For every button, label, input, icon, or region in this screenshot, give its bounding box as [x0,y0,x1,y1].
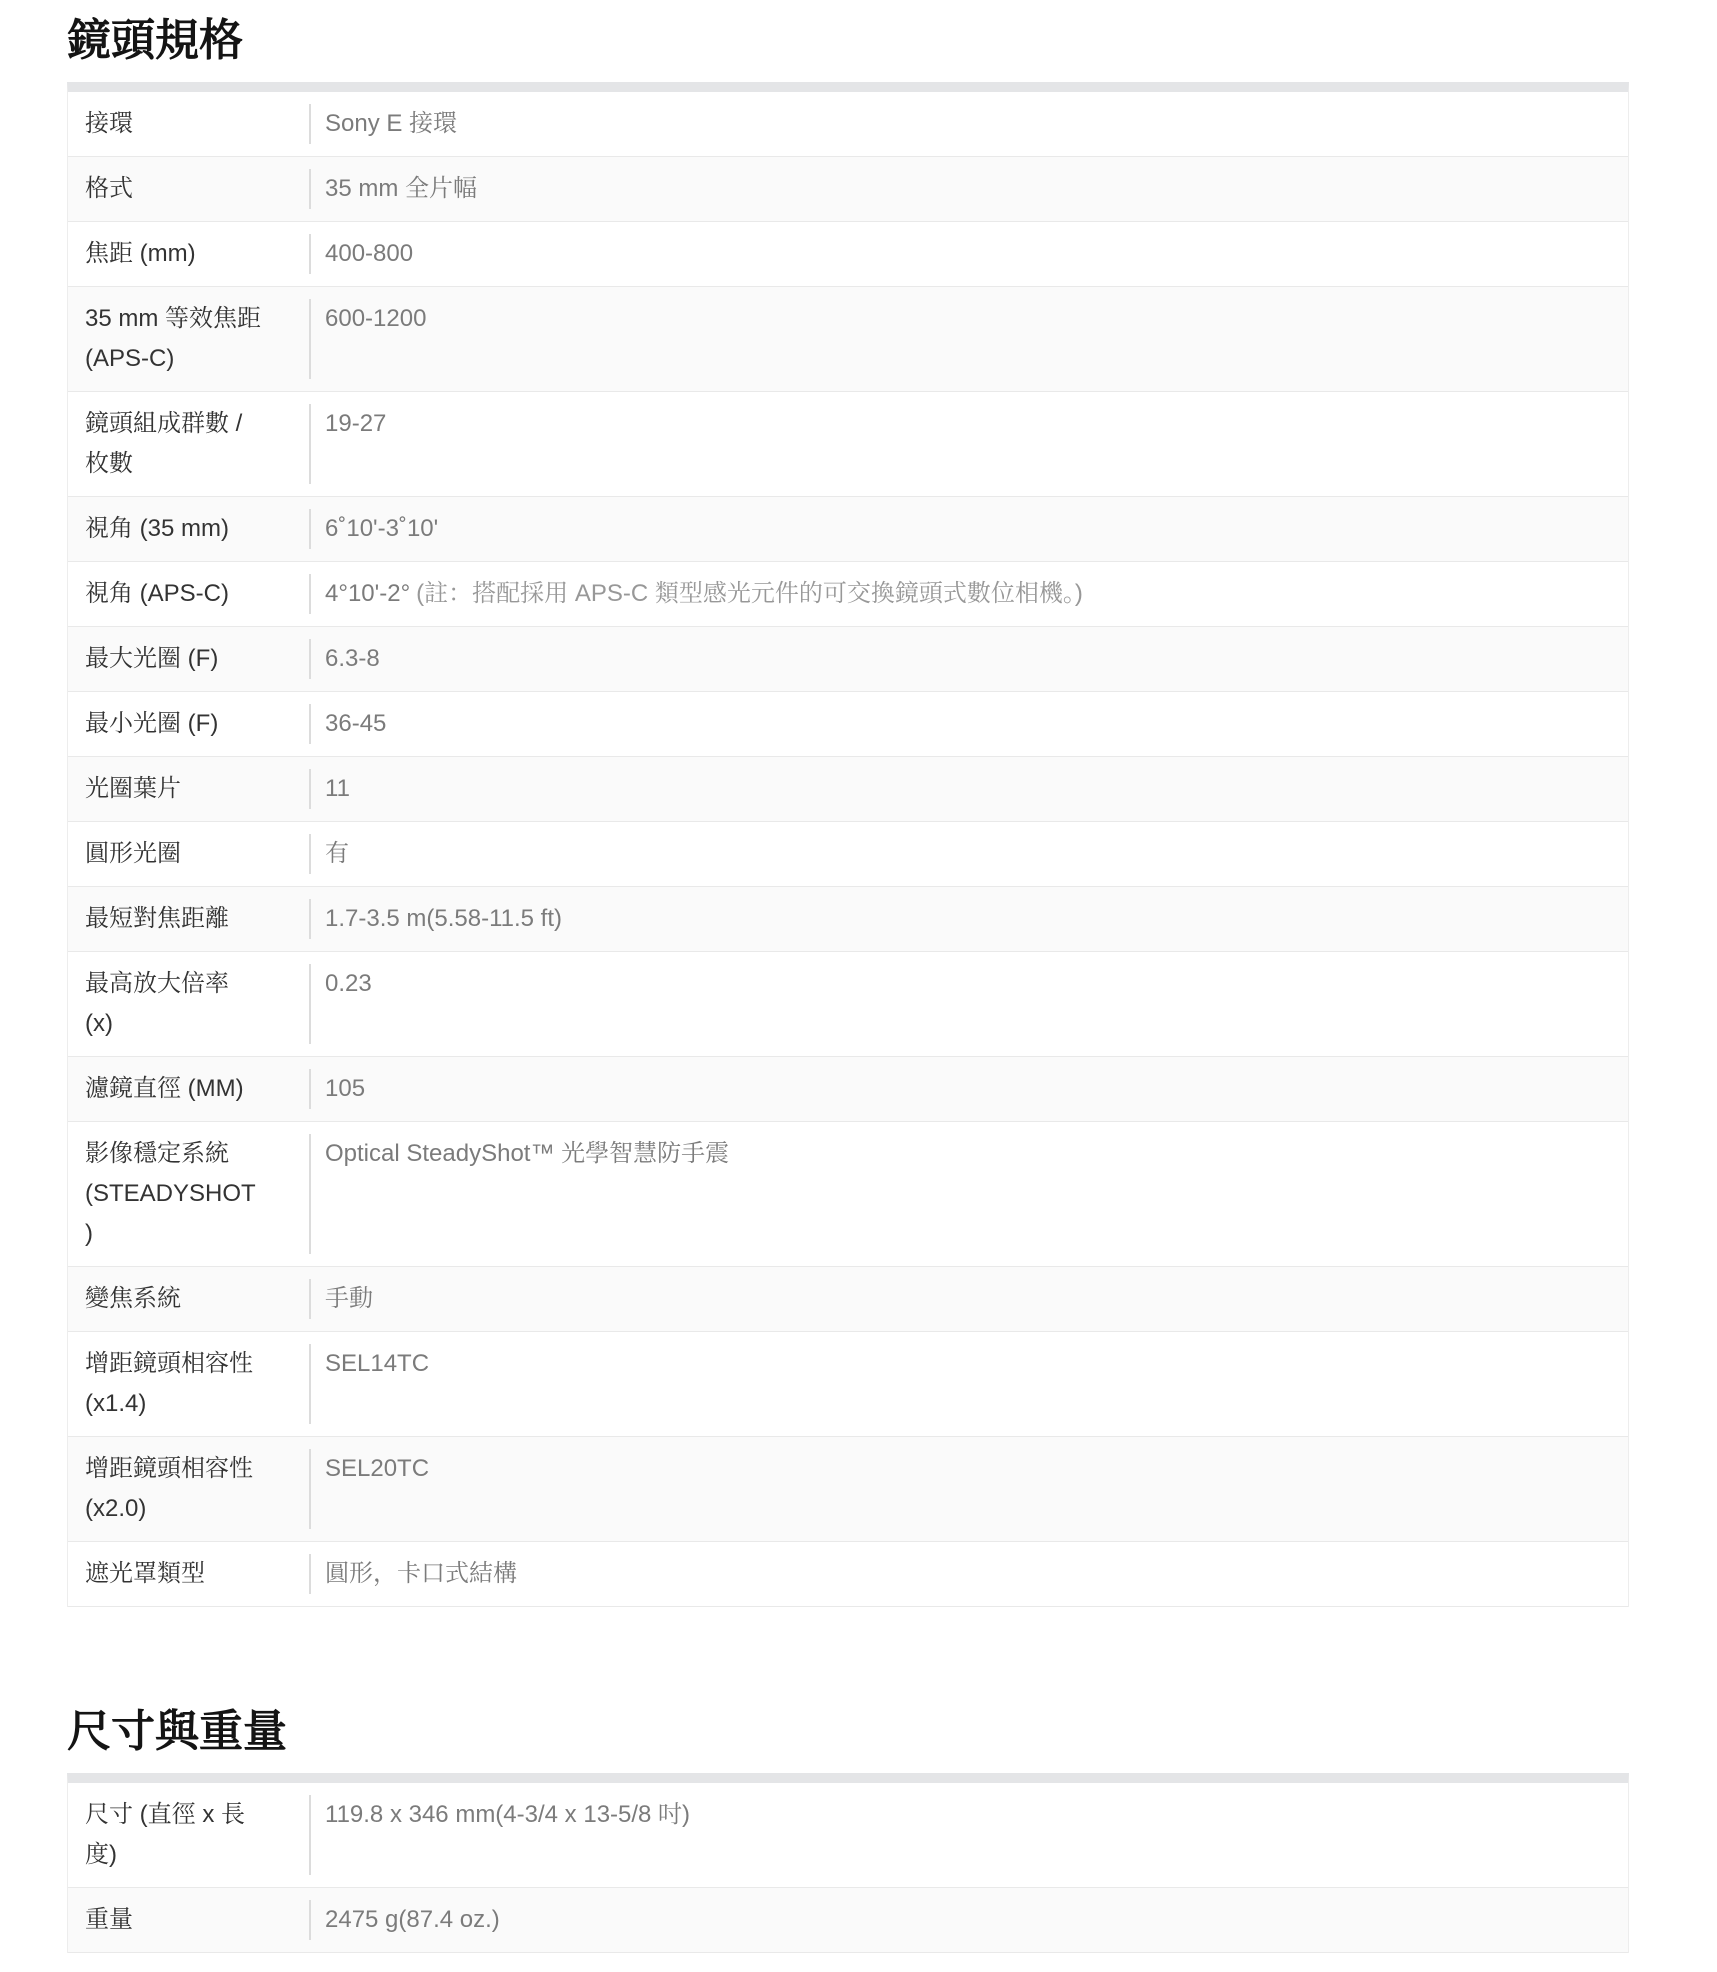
spec-label: 視角 (35 mm) [68,509,309,549]
spec-value-text: 有 [325,840,349,867]
spec-label: 增距鏡頭相容性 (x1.4) [68,1344,309,1424]
spec-label: 視角 (APS-C) [68,574,309,614]
table-row: 光圈葉片 11 [68,757,1628,822]
spec-value: SEL20TC [309,1449,1628,1529]
table-row: 尺寸 (直徑 x 長度) 119.8 x 346 mm(4-3/4 x 13-5… [68,1783,1628,1888]
spec-value: 手動 [309,1279,1628,1319]
content: 鏡頭規格 接環 Sony E 接環 格式 35 mm 全片幅 焦距 (mm) 4… [67,16,1697,1953]
table-row: 最大光圈 (F) 6.3-8 [68,627,1628,692]
spec-value-text: 119.8 x 346 mm(4-3/4 x 13-5/8 吋) [325,1801,690,1828]
table-row: 焦距 (mm) 400-800 [68,222,1628,287]
table-row: 濾鏡直徑 (MM) 105 [68,1057,1628,1122]
spec-label: 光圈葉片 [68,769,309,809]
spec-label: 圓形光圈 [68,834,309,874]
spec-label: 遮光罩類型 [68,1554,309,1594]
spec-label: 最大光圈 (F) [68,639,309,679]
spec-label: 焦距 (mm) [68,234,309,274]
spec-value: 36-45 [309,704,1628,744]
spec-value-text: 圓形，卡口式結構 [325,1560,517,1587]
table-row: 格式 35 mm 全片幅 [68,157,1628,222]
spec-value: 19-27 [309,404,1628,484]
spec-value-text: SEL14TC [325,1350,429,1377]
spec-value: 有 [309,834,1628,874]
spec-value: Sony E 接環 [309,104,1628,144]
spec-section: 尺寸與重量 尺寸 (直徑 x 長度) 119.8 x 346 mm(4-3/4 … [67,1707,1697,1953]
spec-value: 600-1200 [309,299,1628,379]
spec-value: 4°10'-2°(註：搭配採用 APS-C 類型感光元件的可交換鏡頭式數位相機。… [309,574,1628,614]
table-row: 視角 (35 mm) 6˚10'-3˚10' [68,497,1628,562]
spec-label: 重量 [68,1900,309,1940]
section-title: 鏡頭規格 [67,16,1697,66]
spec-value-text: 105 [325,1075,365,1102]
spec-label: 格式 [68,169,309,209]
spec-value: 1.7-3.5 m(5.58-11.5 ft) [309,899,1628,939]
spec-label: 最高放大倍率 (x) [68,964,309,1044]
table-row: 變焦系統 手動 [68,1267,1628,1332]
spec-value: 11 [309,769,1628,809]
spec-label: 最小光圈 (F) [68,704,309,744]
spec-label: 增距鏡頭相容性 (x2.0) [68,1449,309,1529]
table-row: 最小光圈 (F) 36-45 [68,692,1628,757]
spec-table: 尺寸 (直徑 x 長度) 119.8 x 346 mm(4-3/4 x 13-5… [67,1773,1629,1953]
spec-section: 鏡頭規格 接環 Sony E 接環 格式 35 mm 全片幅 焦距 (mm) 4… [67,16,1697,1607]
spec-value: 400-800 [309,234,1628,274]
section-title: 尺寸與重量 [67,1707,1697,1757]
spec-value: 0.23 [309,964,1628,1044]
spec-label: 接環 [68,104,309,144]
spec-value-text: 0.23 [325,970,372,997]
spec-value: 119.8 x 346 mm(4-3/4 x 13-5/8 吋) [309,1795,1628,1875]
table-row: 35 mm 等效焦距 (APS-C) 600-1200 [68,287,1628,392]
spec-label: 濾鏡直徑 (MM) [68,1069,309,1109]
spec-value: 圓形，卡口式結構 [309,1554,1628,1594]
spec-value-text: 1.7-3.5 m(5.58-11.5 ft) [325,905,562,932]
spec-value-text: 35 mm 全片幅 [325,175,477,202]
table-row: 最短對焦距離 1.7-3.5 m(5.58-11.5 ft) [68,887,1628,952]
table-row: 增距鏡頭相容性 (x2.0) SEL20TC [68,1437,1628,1542]
spec-value-text: 11 [325,775,350,802]
lens-spec-page: 鏡頭規格 接環 Sony E 接環 格式 35 mm 全片幅 焦距 (mm) 4… [0,0,1717,1953]
spec-value-text: 4°10'-2° [325,580,410,607]
spec-label: 最短對焦距離 [68,899,309,939]
spec-value: SEL14TC [309,1344,1628,1424]
table-row: 鏡頭組成群數 / 枚數 19-27 [68,392,1628,497]
spec-value-text: 600-1200 [325,305,426,332]
table-row: 最高放大倍率 (x) 0.23 [68,952,1628,1057]
spec-table: 接環 Sony E 接環 格式 35 mm 全片幅 焦距 (mm) 400-80… [67,82,1629,1607]
spec-label: 尺寸 (直徑 x 長度) [68,1795,309,1875]
spec-value-text: SEL20TC [325,1455,429,1482]
table-row: 接環 Sony E 接環 [68,92,1628,157]
spec-label: 影像穩定系統 (STEADYSHOT) [68,1134,309,1254]
spec-value-text: 19-27 [325,410,386,437]
spec-value: 6˚10'-3˚10' [309,509,1628,549]
spec-value: Optical SteadyShot™ 光學智慧防手震 [309,1134,1628,1254]
spec-value-text: Sony E 接環 [325,110,457,137]
spec-value-text: 2475 g(87.4 oz.) [325,1906,500,1933]
spec-label: 35 mm 等效焦距 (APS-C) [68,299,309,379]
spec-value: 35 mm 全片幅 [309,169,1628,209]
spec-value-text: 36-45 [325,710,386,737]
spec-value: 105 [309,1069,1628,1109]
spec-value-note: (註：搭配採用 APS-C 類型感光元件的可交換鏡頭式數位相機。) [416,580,1083,607]
table-row: 遮光罩類型 圓形，卡口式結構 [68,1542,1628,1607]
table-row: 增距鏡頭相容性 (x1.4) SEL14TC [68,1332,1628,1437]
table-row: 視角 (APS-C) 4°10'-2°(註：搭配採用 APS-C 類型感光元件的… [68,562,1628,627]
spec-label: 鏡頭組成群數 / 枚數 [68,404,309,484]
spec-value-text: 手動 [325,1285,373,1312]
table-row: 圓形光圈 有 [68,822,1628,887]
spec-value-text: 400-800 [325,240,413,267]
spec-value: 2475 g(87.4 oz.) [309,1900,1628,1940]
table-row: 影像穩定系統 (STEADYSHOT) Optical SteadyShot™ … [68,1122,1628,1267]
spec-value-text: Optical SteadyShot™ 光學智慧防手震 [325,1140,729,1167]
table-row: 重量 2475 g(87.4 oz.) [68,1888,1628,1953]
spec-value: 6.3-8 [309,639,1628,679]
spec-value-text: 6.3-8 [325,645,380,672]
spec-label: 變焦系統 [68,1279,309,1319]
spec-value-text: 6˚10'-3˚10' [325,515,438,542]
